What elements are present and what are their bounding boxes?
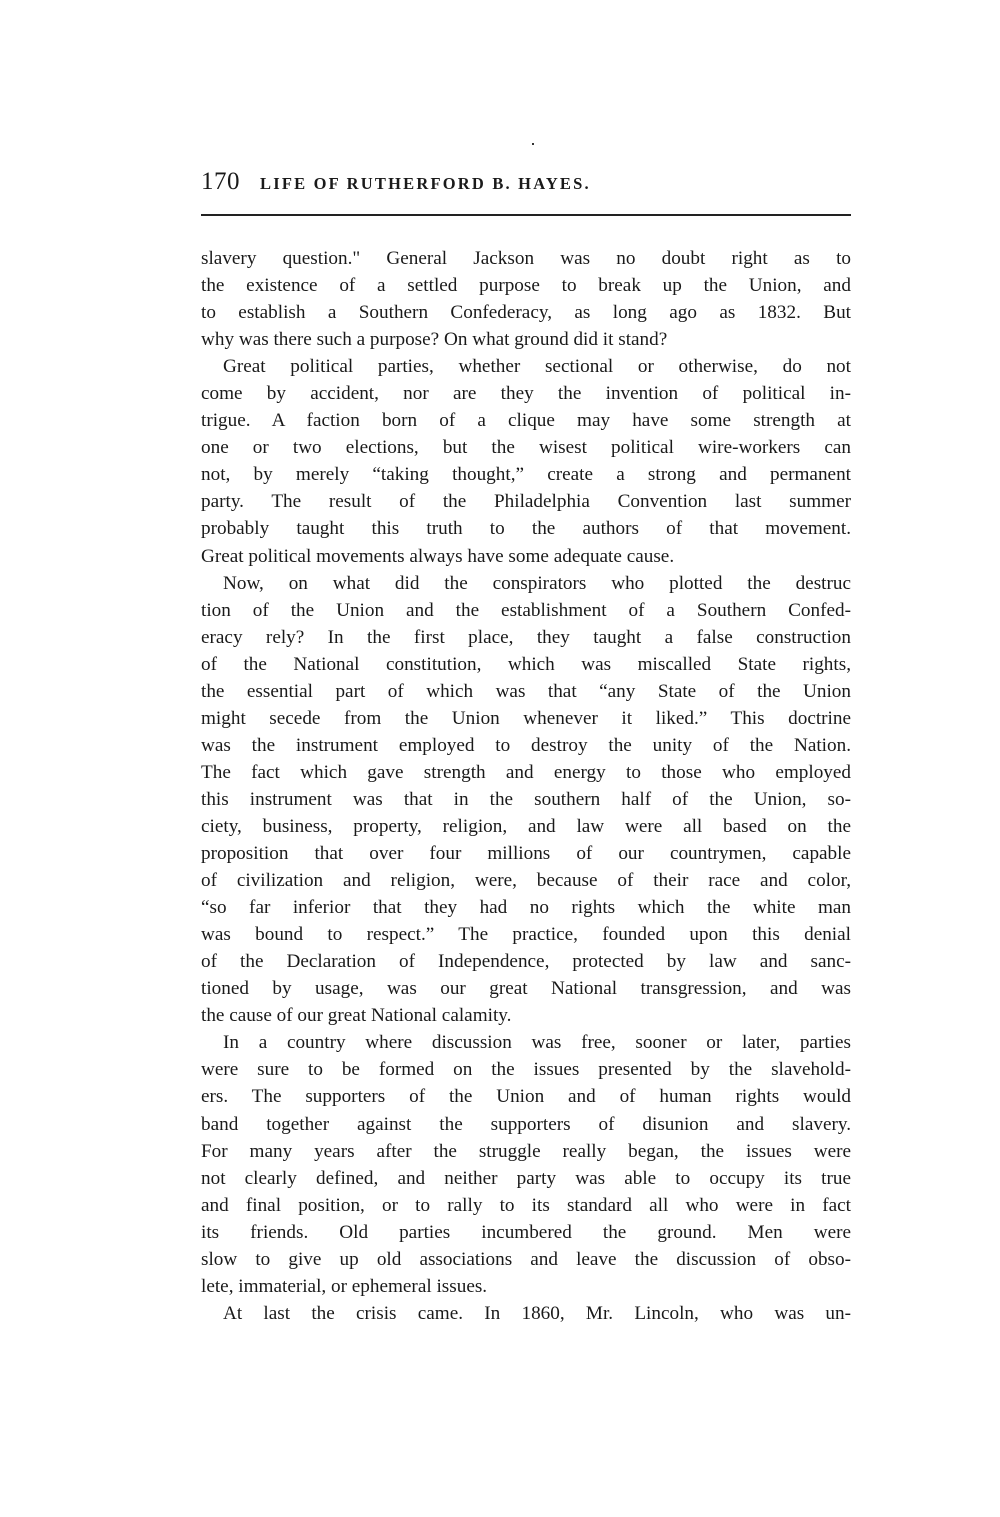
text-line: to establish a Southern Confederacy, as … bbox=[201, 299, 851, 326]
text-line: proposition that over four millions of o… bbox=[201, 840, 851, 867]
text-line: For many years after the struggle really… bbox=[201, 1138, 851, 1165]
header-rule bbox=[201, 214, 851, 216]
text-line: why was there such a purpose? On what gr… bbox=[201, 326, 851, 353]
text-line: this instrument was that in the southern… bbox=[201, 786, 851, 813]
text-line: Great political movements always have so… bbox=[201, 543, 851, 570]
text-line: At last the crisis came. In 1860, Mr. Li… bbox=[201, 1300, 851, 1327]
running-head: 170 LIFE OF RUTHERFORD B. HAYES. bbox=[201, 168, 851, 202]
text-line: might secede from the Union whenever it … bbox=[201, 705, 851, 732]
text-line: party. The result of the Philadelphia Co… bbox=[201, 488, 851, 515]
page-number: 170 bbox=[201, 168, 240, 196]
text-line: Now, on what did the conspirators who pl… bbox=[201, 570, 851, 597]
paragraph: slavery question." General Jackson was n… bbox=[201, 245, 851, 353]
paragraph: Great political parties, whether section… bbox=[201, 353, 851, 569]
text-line: band together against the supporters of … bbox=[201, 1111, 851, 1138]
text-line: ciety, business, property, religion, and… bbox=[201, 813, 851, 840]
scan-speck bbox=[532, 143, 534, 145]
text-line: lete, immaterial, or ephemeral issues. bbox=[201, 1273, 851, 1300]
text-line: ers. The supporters of the Union and of … bbox=[201, 1083, 851, 1110]
text-line: its friends. Old parties incumbered the … bbox=[201, 1219, 851, 1246]
text-line: probably taught this truth to the author… bbox=[201, 515, 851, 542]
text-line: of the Declaration of Independence, prot… bbox=[201, 948, 851, 975]
text-line: one or two elections, but the wisest pol… bbox=[201, 434, 851, 461]
body-text: slavery question." General Jackson was n… bbox=[201, 245, 851, 1327]
text-line: of civilization and religion, were, beca… bbox=[201, 867, 851, 894]
text-line: tion of the Union and the establishment … bbox=[201, 597, 851, 624]
text-line: and final position, or to rally to its s… bbox=[201, 1192, 851, 1219]
text-line: “so far inferior that they had no rights… bbox=[201, 894, 851, 921]
text-line: the cause of our great National calamity… bbox=[201, 1002, 851, 1029]
text-line: of the National constitution, which was … bbox=[201, 651, 851, 678]
text-line: slow to give up old associations and lea… bbox=[201, 1246, 851, 1273]
text-line: In a country where discussion was free, … bbox=[201, 1029, 851, 1056]
paragraph: Now, on what did the conspirators who pl… bbox=[201, 570, 851, 1030]
text-line: was the instrument employed to destroy t… bbox=[201, 732, 851, 759]
text-line: come by accident, nor are they the inven… bbox=[201, 380, 851, 407]
text-line: not, by merely “taking thought,” create … bbox=[201, 461, 851, 488]
text-line: was bound to respect.” The practice, fou… bbox=[201, 921, 851, 948]
text-line: tioned by usage, was our great National … bbox=[201, 975, 851, 1002]
book-page: 170 LIFE OF RUTHERFORD B. HAYES. slavery… bbox=[201, 168, 851, 202]
text-line: eracy rely? In the first place, they tau… bbox=[201, 624, 851, 651]
text-line: the existence of a settled purpose to br… bbox=[201, 272, 851, 299]
text-line: were sure to be formed on the issues pre… bbox=[201, 1056, 851, 1083]
paragraph: In a country where discussion was free, … bbox=[201, 1029, 851, 1299]
text-line: trigue. A faction born of a clique may h… bbox=[201, 407, 851, 434]
text-line: Great political parties, whether section… bbox=[201, 353, 851, 380]
text-line: The fact which gave strength and energy … bbox=[201, 759, 851, 786]
text-line: not clearly defined, and neither party w… bbox=[201, 1165, 851, 1192]
running-title: LIFE OF RUTHERFORD B. HAYES. bbox=[260, 174, 591, 194]
paragraph: At last the crisis came. In 1860, Mr. Li… bbox=[201, 1300, 851, 1327]
text-line: slavery question." General Jackson was n… bbox=[201, 245, 851, 272]
text-line: the essential part of which was that “an… bbox=[201, 678, 851, 705]
